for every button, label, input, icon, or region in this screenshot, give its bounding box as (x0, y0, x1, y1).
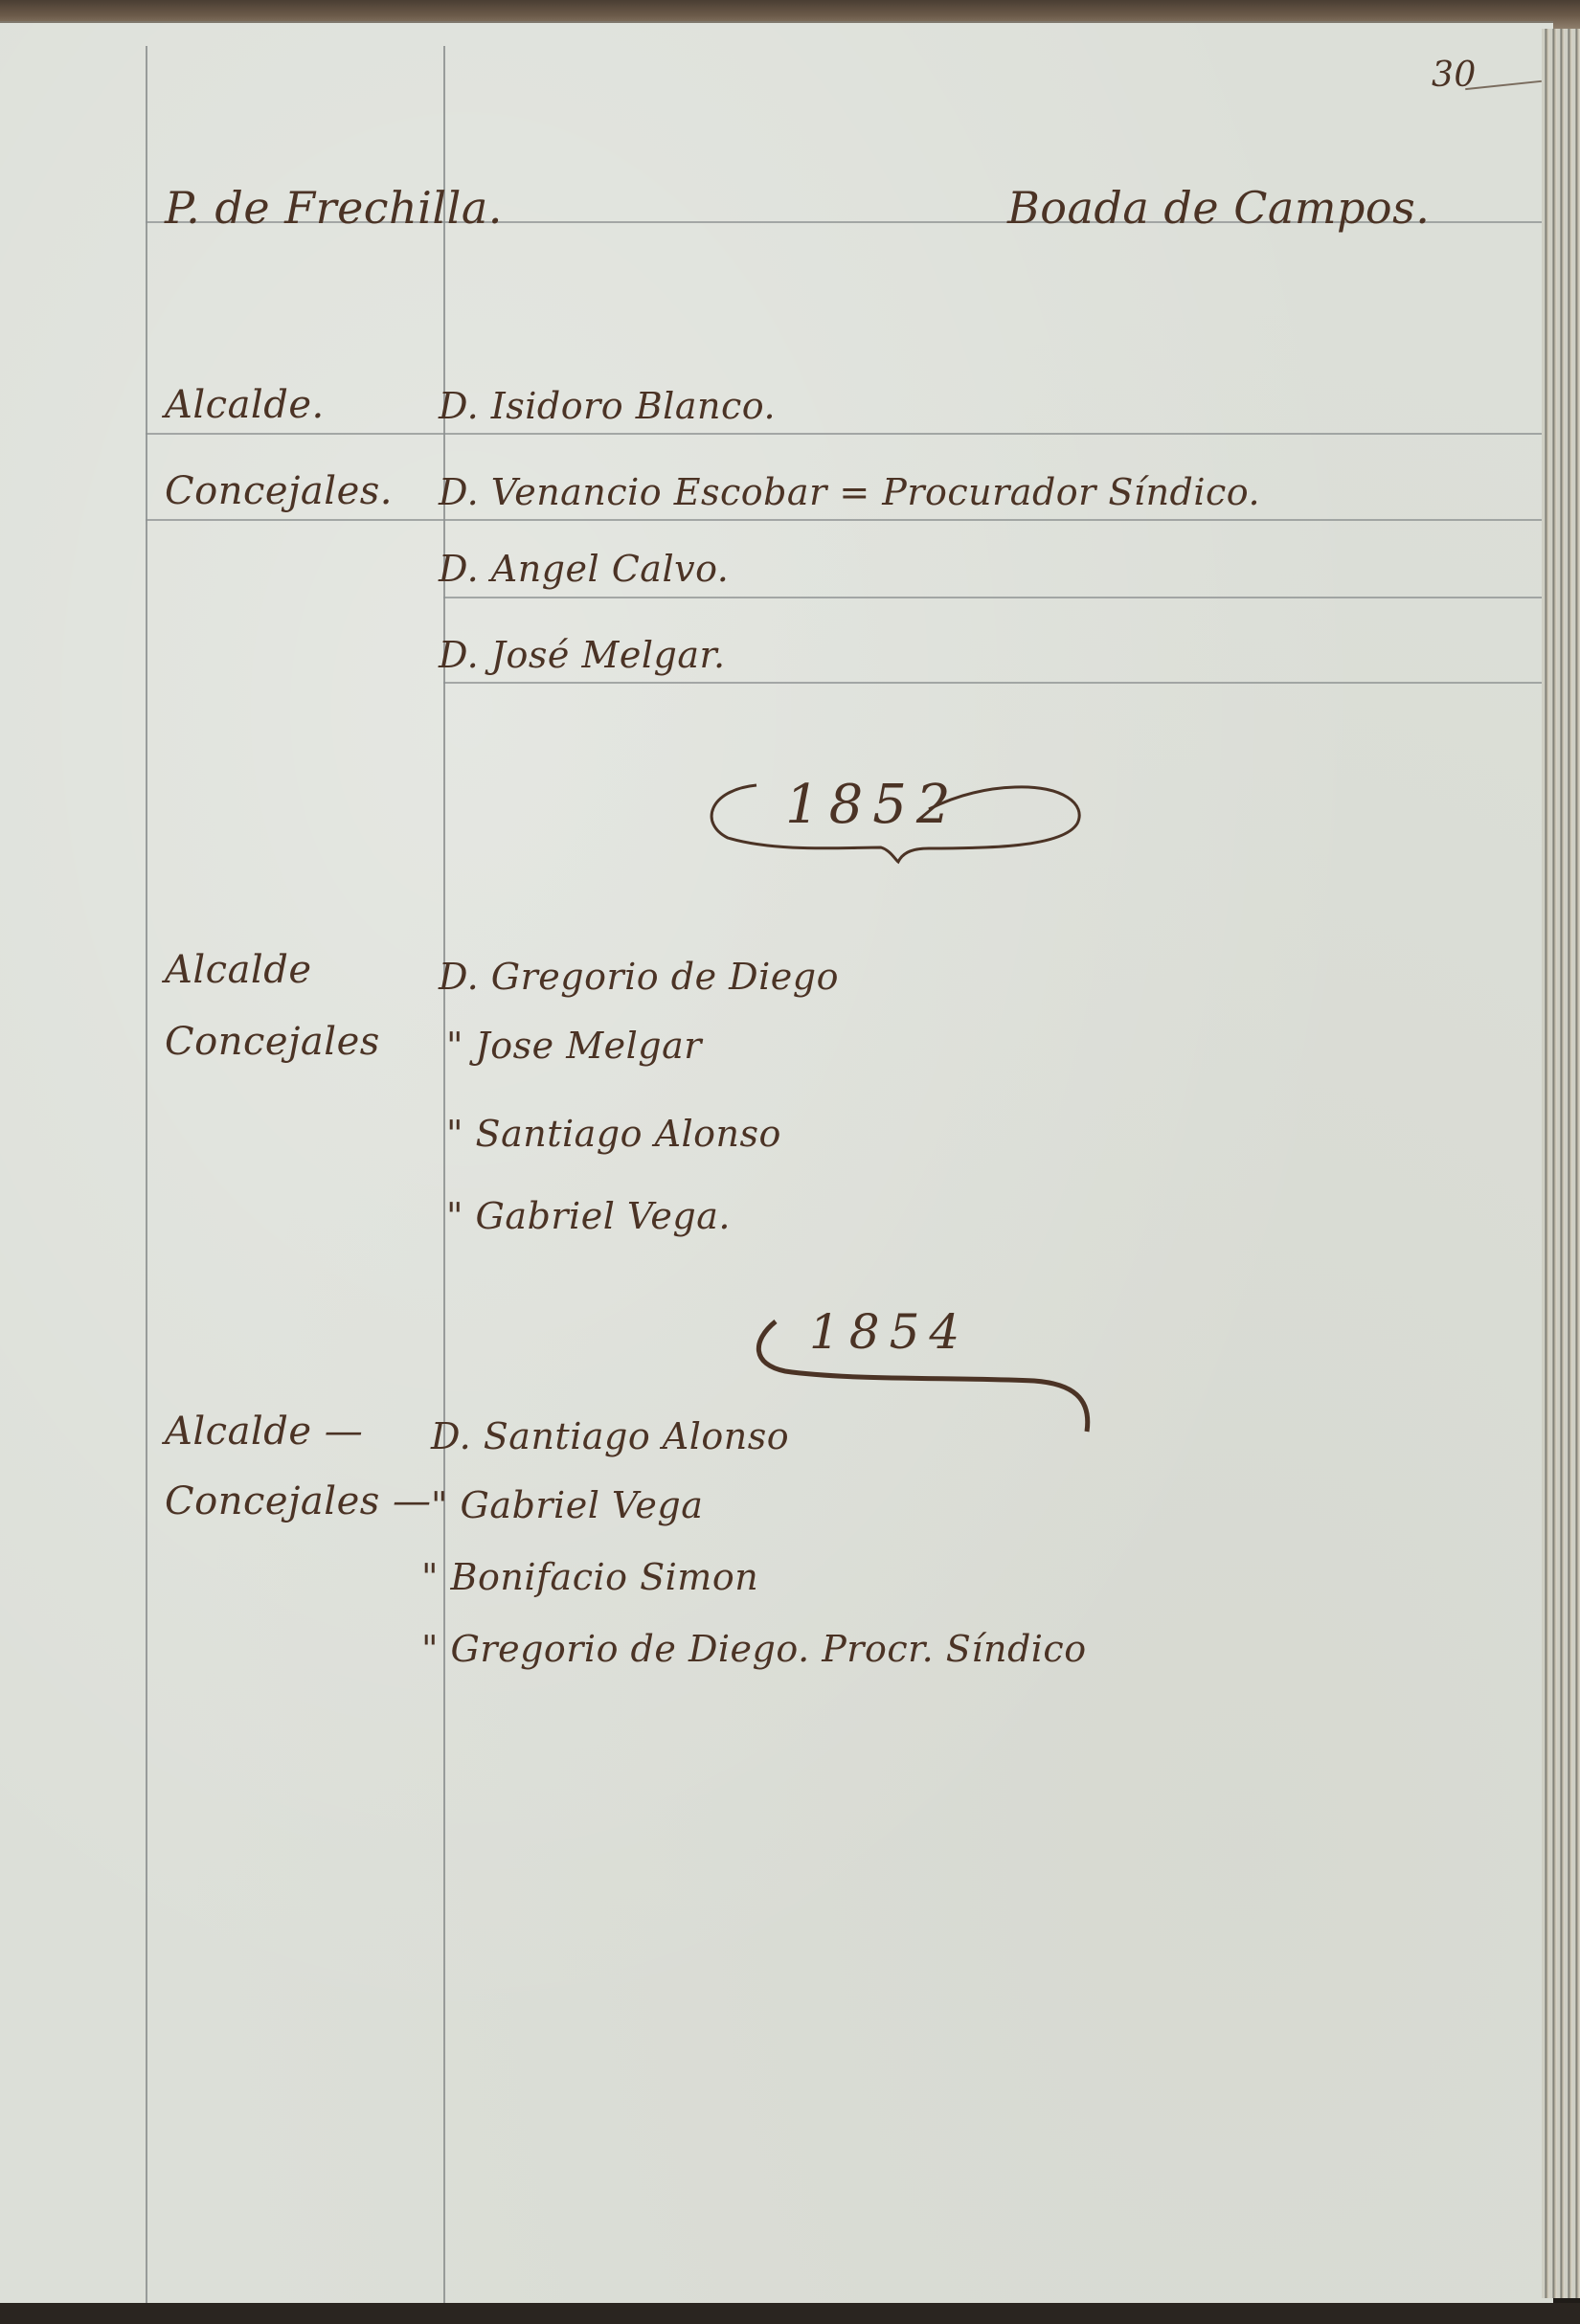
member-name: D. Gregorio de Diego (439, 956, 839, 998)
member-name: " Gregorio de Diego. Procr. Síndico (421, 1628, 1087, 1670)
year-heading: 1854 (809, 1304, 969, 1360)
role-label: Alcalde — (165, 1410, 363, 1454)
role-label: Alcalde (165, 948, 312, 992)
member-name: " Gabriel Vega (431, 1484, 703, 1526)
member-name: D. Santiago Alonso (431, 1415, 789, 1457)
page-stack-edge (1542, 29, 1580, 2298)
member-name: " Gabriel Vega. (446, 1195, 731, 1237)
role-label: Concejales — (165, 1479, 431, 1523)
header-municipality: Boada de Campos. (1007, 182, 1430, 234)
member-name: " Jose Melgar (446, 1025, 702, 1067)
member-name: D. Venancio Escobar = Procurador Síndico… (439, 471, 1260, 513)
member-name: D. José Melgar. (439, 634, 726, 676)
rule-line (146, 433, 1544, 435)
header-district: P. de Frechilla. (165, 182, 503, 234)
rule-line (443, 597, 1544, 598)
rule-line (146, 519, 1544, 521)
year-heading: 1852 (785, 774, 960, 836)
rule-line (443, 682, 1544, 684)
role-label: Concejales. (165, 469, 393, 513)
role-label: Alcalde. (165, 383, 325, 427)
margin-rule-left (146, 46, 147, 2324)
member-name: D. Angel Calvo. (439, 548, 729, 590)
member-name: " Santiago Alonso (446, 1113, 781, 1155)
book-bottom-edge (0, 2303, 1580, 2324)
member-name: " Bonifacio Simon (421, 1556, 758, 1598)
member-name: D. Isidoro Blanco. (439, 385, 776, 427)
ledger-page (0, 21, 1553, 2312)
role-label: Concejales (165, 1020, 380, 1064)
